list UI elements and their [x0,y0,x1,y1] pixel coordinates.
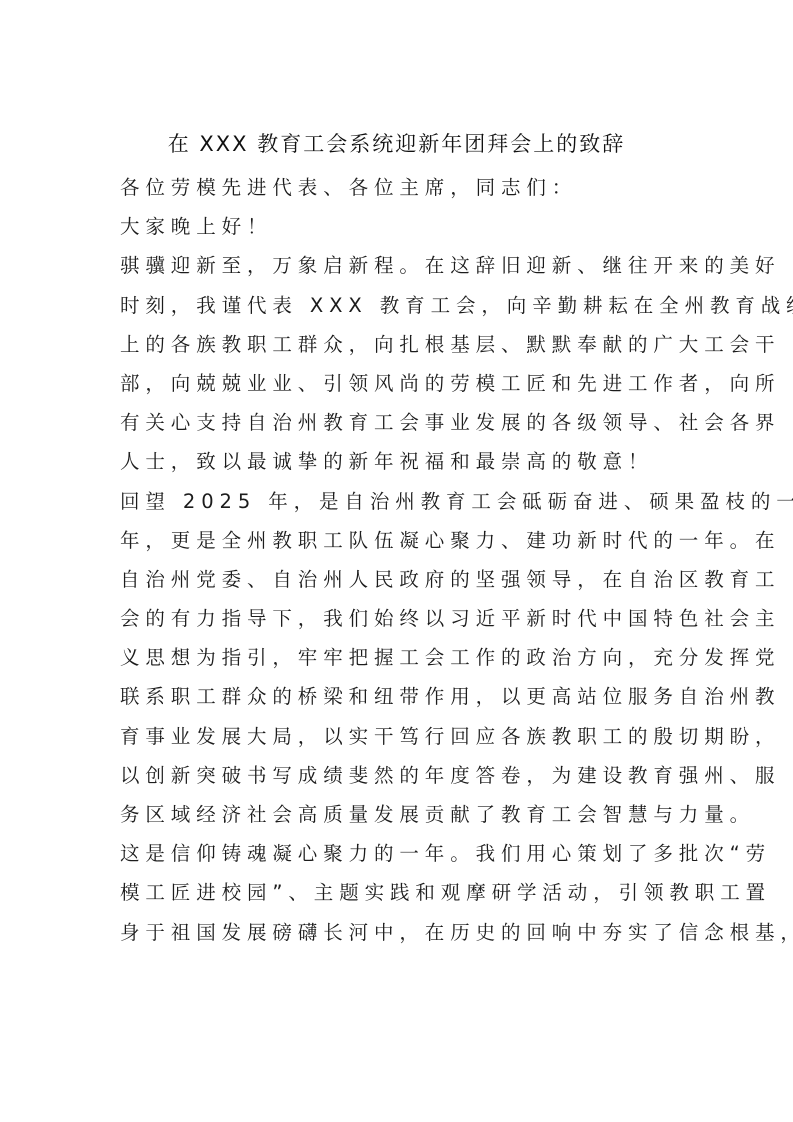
paragraph-line: 人士，致以最诚挚的新年祝福和最崇高的敬意！ [120,442,682,481]
paragraph-line: 部，向兢兢业业、引领风尚的劳模工匠和先进工作者，向所 [120,364,682,403]
paragraph-line: 这是信仰铸魂凝心聚力的一年。我们用心策划了多批次“劳 [120,834,682,873]
greeting-line: 大家晚上好！ [120,207,682,246]
paragraph-line: 以创新突破书写成绩斐然的年度答卷，为建设教育强州、服 [120,756,682,795]
paragraph-line: 育事业发展大局，以实干笃行回应各族教职工的殷切期盼， [120,717,682,756]
paragraph-line: 有关心支持自治州教育工会事业发展的各级领导、社会各界 [120,403,682,442]
paragraph-line: 骐骥迎新至，万象启新程。在这辞旧迎新、继往开来的美好 [120,246,682,285]
paragraph-line: 年，更是全州教职工队伍凝心聚力、建功新时代的一年。在 [120,521,682,560]
paragraph-line: 时刻，我谨代表 XXX 教育工会，向辛勤耕耘在全州教育战线 [120,286,682,325]
salutation-line: 各位劳模先进代表、各位主席，同志们： [120,168,682,207]
paragraph-line: 务区域经济社会高质量发展贡献了教育工会智慧与力量。 [120,795,682,834]
document-title: 在 XXX 教育工会系统迎新年团拜会上的致辞 [0,128,793,158]
document-body: 各位劳模先进代表、各位主席，同志们： 大家晚上好！ 骐骥迎新至，万象启新程。在这… [120,168,682,952]
paragraph-line: 回望 2025 年，是自治州教育工会砥砺奋进、硕果盈枝的一 [120,482,682,521]
paragraph-line: 联系职工群众的桥梁和纽带作用，以更高站位服务自治州教 [120,677,682,716]
paragraph-line: 义思想为指引，牢牢把握工会工作的政治方向，充分发挥党 [120,638,682,677]
paragraph-line: 会的有力指导下，我们始终以习近平新时代中国特色社会主 [120,599,682,638]
paragraph-line: 上的各族教职工群众，向扎根基层、默默奉献的广大工会干 [120,325,682,364]
paragraph-line: 身于祖国发展磅礴长河中，在历史的回响中夯实了信念根基， [120,913,682,952]
paragraph-line: 模工匠进校园”、主题实践和观摩研学活动，引领教职工置 [120,873,682,912]
paragraph-line: 自治州党委、自治州人民政府的坚强领导，在自治区教育工 [120,560,682,599]
document-page: 在 XXX 教育工会系统迎新年团拜会上的致辞 各位劳模先进代表、各位主席，同志们… [0,0,793,1122]
